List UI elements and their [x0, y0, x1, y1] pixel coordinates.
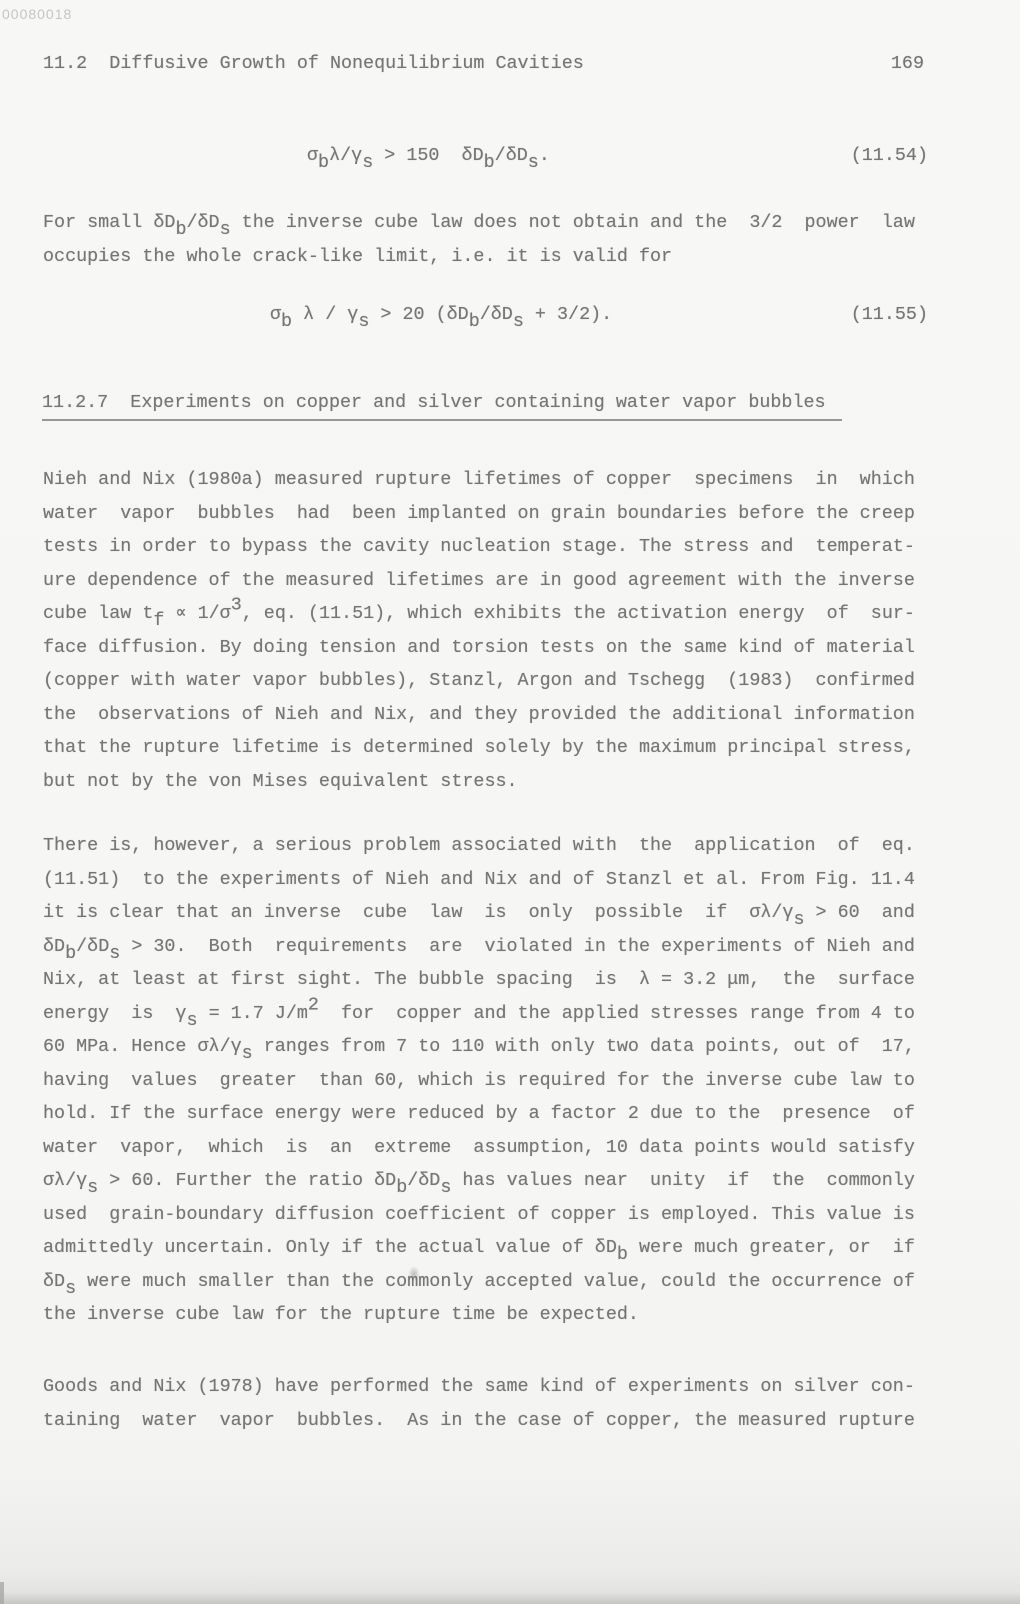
text-line: 60 MPa. Hence σλ/γs ranges from 7 to 110… — [43, 1030, 943, 1064]
text-line: that the rupture lifetime is determined … — [43, 731, 943, 765]
text-line: water vapor bubbles had been implanted o… — [43, 497, 943, 531]
text-line: Nieh and Nix (1980a) measured rupture li… — [43, 463, 943, 497]
text-line: Goods and Nix (1978) have performed the … — [43, 1370, 943, 1404]
scan-corner-mark — [0, 1582, 4, 1604]
equation-body: σb λ / γs > 20 (δDb/δDs + 3/2). — [270, 297, 612, 333]
text-line: For small δDb/δDs the inverse cube law d… — [43, 206, 943, 240]
equation-number: (11.54) — [851, 138, 928, 174]
text-line: δDs were much smaller than the commonly … — [43, 1265, 943, 1299]
equation-body: σbλ/γs > 150 δDb/δDs. — [307, 138, 550, 174]
text-line: σλ/γs > 60. Further the ratio δDb/δDs ha… — [43, 1164, 943, 1198]
text-line: cube law tf ∝ 1/σ3, eq. (11.51), which e… — [43, 597, 943, 631]
text-line: hold. If the surface energy were reduced… — [43, 1097, 943, 1131]
running-header-title: 11.2 Diffusive Growth of Nonequilibrium … — [43, 52, 584, 76]
paragraph-crack-like-limit: For small δDb/δDs the inverse cube law d… — [43, 206, 943, 273]
subsection-heading: 11.2.7 Experiments on copper and silver … — [42, 390, 842, 421]
scanned-book-page: 00080018 11.2 Diffusive Growth of Nonequ… — [0, 0, 1020, 1604]
scan-id-stamp: 00080018 — [2, 6, 72, 22]
text-line: (copper with water vapor bubbles), Stanz… — [43, 664, 943, 698]
running-header: 11.2 Diffusive Growth of Nonequilibrium … — [0, 52, 1020, 76]
text-line: face diffusion. By doing tension and tor… — [43, 631, 943, 665]
equation-11-55: σb λ / γs > 20 (δDb/δDs + 3/2). (11.55) — [0, 297, 1020, 333]
text-line: the observations of Nieh and Nix, and th… — [43, 698, 943, 732]
scan-bottom-shadow — [0, 1592, 1020, 1604]
text-line: δDb/δDs > 30. Both requirements are viol… — [43, 930, 943, 964]
paragraph-nieh-nix-experiments: Nieh and Nix (1980a) measured rupture li… — [43, 463, 943, 798]
text-line: it is clear that an inverse cube law is … — [43, 896, 943, 930]
text-line: There is, however, a serious problem ass… — [43, 829, 943, 863]
text-line: energy is γs = 1.7 J/m2 for copper and t… — [43, 997, 943, 1031]
text-line: Nix, at least at first sight. The bubble… — [43, 963, 943, 997]
text-line: water vapor, which is an extreme assumpt… — [43, 1131, 943, 1165]
text-line: admittedly uncertain. Only if the actual… — [43, 1231, 943, 1265]
text-line: occupies the whole crack-like limit, i.e… — [43, 240, 943, 274]
page-number: 169 — [891, 52, 924, 76]
subsection-heading-text: 11.2.7 Experiments on copper and silver … — [42, 390, 842, 421]
equation-number: (11.55) — [851, 297, 928, 333]
text-line: (11.51) to the experiments of Nieh and N… — [43, 863, 943, 897]
text-line: ure dependence of the measured lifetimes… — [43, 564, 943, 598]
text-line: taining water vapor bubbles. As in the c… — [43, 1404, 943, 1438]
text-line: but not by the von Mises equivalent stre… — [43, 765, 943, 799]
paragraph-serious-problem: There is, however, a serious problem ass… — [43, 829, 943, 1332]
text-line: having values greater than 60, which is … — [43, 1064, 943, 1098]
equation-11-54: σbλ/γs > 150 δDb/δDs. (11.54) — [0, 138, 1020, 174]
scan-smudge-artifact — [408, 1266, 420, 1282]
text-line: used grain-boundary diffusion coefficien… — [43, 1198, 943, 1232]
paragraph-goods-nix-silver: Goods and Nix (1978) have performed the … — [43, 1370, 943, 1437]
text-line: the inverse cube law for the rupture tim… — [43, 1298, 943, 1332]
text-line: tests in order to bypass the cavity nucl… — [43, 530, 943, 564]
